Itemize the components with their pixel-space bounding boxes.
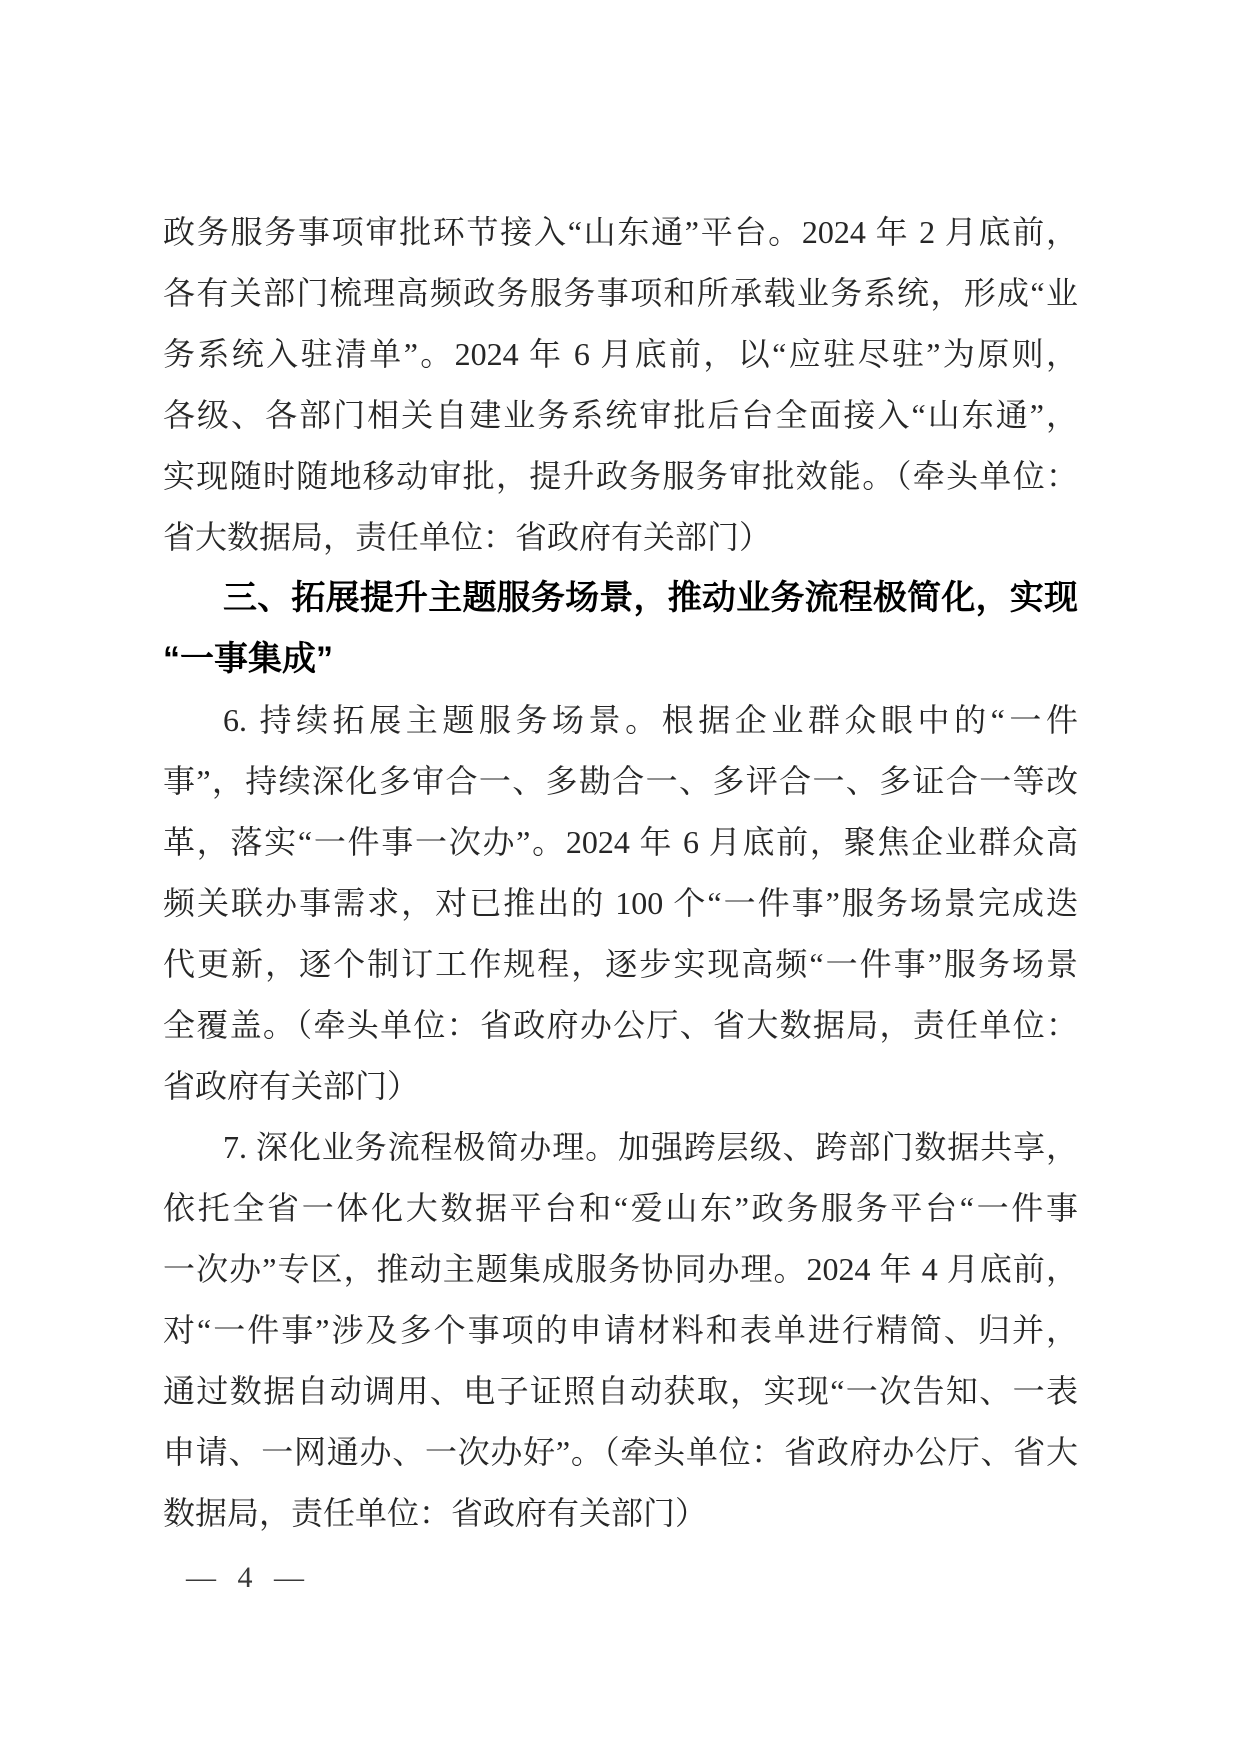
body-text-line: 各级、各部门相关自建业务系统审批后台全面接入“山东通”， xyxy=(163,385,1078,446)
body-text-line: 各有关部门梳理高频政务服务事项和所承载业务系统，形成“业 xyxy=(163,263,1078,324)
body-text-line: 全覆盖。（牵头单位：省政府办公厅、省大数据局，责任单位： xyxy=(163,995,1078,1056)
page-footer: — 4 — xyxy=(186,1552,305,1604)
body-text-line: 省大数据局，责任单位：省政府有关部门） xyxy=(163,507,1078,568)
body-text-line: 数据局，责任单位：省政府有关部门） xyxy=(163,1483,1078,1544)
document-page: 政务服务事项审批环节接入“山东通”平台。2024 年 2 月底前， 各有关部门梳… xyxy=(0,0,1240,1754)
section-heading-line: 三、拓展提升主题服务场景，推动业务流程极简化，实现 xyxy=(163,568,1078,629)
body-text-line: 务系统入驻清单”。2024 年 6 月底前，以“应驻尽驻”为原则， xyxy=(163,324,1078,385)
body-text-line: 省政府有关部门） xyxy=(163,1056,1078,1117)
body-text-line: 实现随时随地移动审批，提升政务服务审批效能。（牵头单位： xyxy=(163,446,1078,507)
body-text-line: 7. 深化业务流程极简办理。加强跨层级、跨部门数据共享， xyxy=(163,1117,1078,1178)
body-text-line: 代更新，逐个制订工作规程，逐步实现高频“一件事”服务场景 xyxy=(163,934,1078,995)
document-body: 政务服务事项审批环节接入“山东通”平台。2024 年 2 月底前， 各有关部门梳… xyxy=(163,202,1078,1544)
body-text-line: 对“一件事”涉及多个事项的申请材料和表单进行精简、归并， xyxy=(163,1300,1078,1361)
body-text-line: 申请、一网通办、一次办好”。（牵头单位：省政府办公厅、省大 xyxy=(163,1422,1078,1483)
body-text-line: 依托全省一体化大数据平台和“爱山东”政务服务平台“一件事 xyxy=(163,1178,1078,1239)
body-text-line: 事”，持续深化多审合一、多勘合一、多评合一、多证合一等改 xyxy=(163,751,1078,812)
section-heading-line: “一事集成” xyxy=(163,629,1078,690)
body-text-line: 频关联办事需求，对已推出的 100 个“一件事”服务场景完成迭 xyxy=(163,873,1078,934)
body-text-line: 通过数据自动调用、电子证照自动获取，实现“一次告知、一表 xyxy=(163,1361,1078,1422)
page-number: — 4 — xyxy=(186,1561,305,1594)
body-text-line: 革，落实“一件事一次办”。2024 年 6 月底前，聚焦企业群众高 xyxy=(163,812,1078,873)
body-text-line: 一次办”专区，推动主题集成服务协同办理。2024 年 4 月底前， xyxy=(163,1239,1078,1300)
body-text-line: 6. 持续拓展主题服务场景。根据企业群众眼中的“一件 xyxy=(163,690,1078,751)
body-text-line: 政务服务事项审批环节接入“山东通”平台。2024 年 2 月底前， xyxy=(163,202,1078,263)
